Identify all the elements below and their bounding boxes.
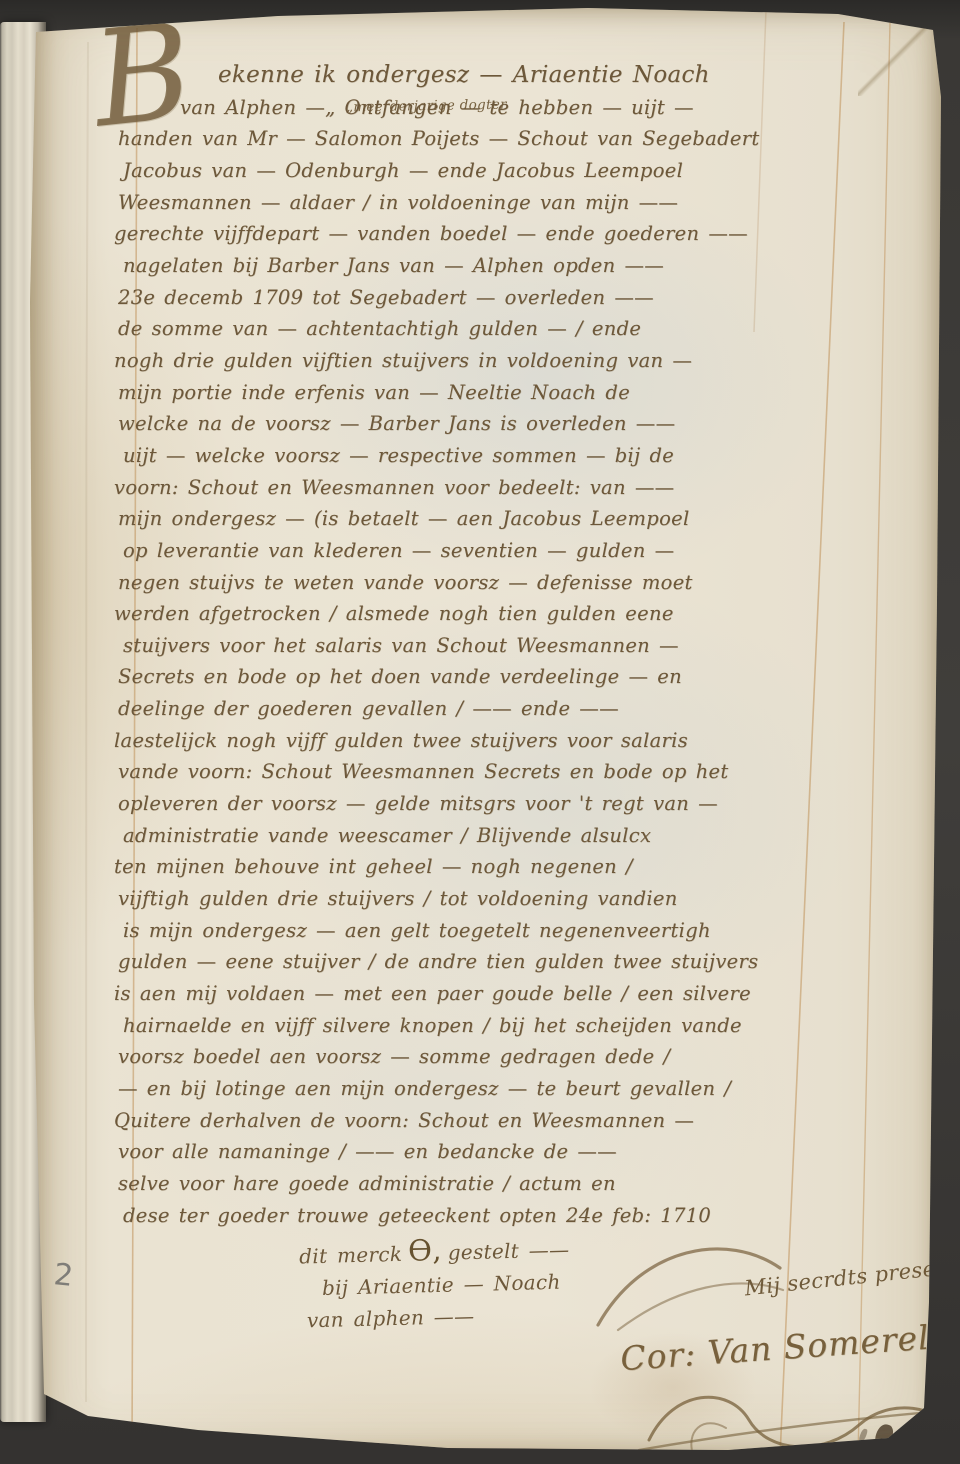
manuscript-line: mijn portie inde erfenis van — Neeltie N… [118, 377, 854, 409]
manuscript-line: van Alphen —„ Ontfangen — te hebben — ui… [180, 92, 854, 124]
manuscript-line: ekenne ik ondergesz — Ariaentie Noach [218, 60, 854, 92]
manuscript-line: hairnaelde en vijff silvere knopen / bij… [123, 1010, 854, 1042]
manuscript-line: vijftigh gulden drie stuijvers / tot vol… [118, 883, 854, 915]
manuscript-line: handen van Mr — Salomon Poijets — Schout… [118, 123, 854, 155]
secretary-signature: Cor: Van Somerelt [619, 1317, 945, 1379]
manuscript-line: is aen mij voldaen — met een paer goude … [114, 978, 854, 1010]
manuscript-line: Weesmannen — aldaer / in voldoeninge van… [118, 187, 854, 219]
mark-intro: dit merck [299, 1242, 403, 1269]
manuscript-line: ten mijnen behouve int geheel — nogh neg… [114, 851, 854, 883]
ink-blot [873, 1422, 896, 1450]
manuscript-line: Quitere derhalven de voorn: Schout en We… [114, 1105, 854, 1137]
manuscript-page: B „meerderjarige dogter ekenne ik onderg… [28, 2, 944, 1462]
manuscript-line: nogh drie gulden vijftien stuijvers in v… [114, 345, 854, 377]
manuscript-line: dese ter goeder trouwe geteeckent opten … [123, 1200, 854, 1232]
corner-fold-crease [858, 24, 930, 96]
page-number: 2 [52, 1257, 75, 1294]
manuscript-line: administratie vande weescamer / Blijvend… [123, 820, 854, 852]
manuscript-line: Secrets en bode op het doen vande verdee… [118, 661, 854, 693]
manuscript-line: de somme van — achtentachtigh gulden — /… [118, 313, 854, 345]
manuscript-line: opleveren der voorsz — gelde mitsgrs voo… [118, 788, 854, 820]
manuscript-line: voorsz boedel aen voorsz — somme gedrage… [118, 1041, 854, 1073]
manuscript-line: mijn ondergesz — (is betaelt — aen Jacob… [118, 503, 854, 535]
mark-place-line: van alphen —— [307, 1297, 572, 1336]
manuscript-line: uijt — welcke voorsz — respective sommen… [123, 440, 854, 472]
manuscript-line: — en bij lotinge aen mijn ondergesz — te… [118, 1073, 854, 1105]
manuscript-line: voorn: Schout en Weesmannen voor bedeelt… [114, 472, 854, 504]
manuscript-line: gulden — eene stuijver / de andre tien g… [118, 946, 854, 978]
manuscript-line: vande voorn: Schout Weesmannen Secrets e… [118, 756, 854, 788]
mark-block: dit merckϴ,gestelt —— bij Ariaentie — No… [299, 1230, 572, 1336]
signature-paraph [634, 1370, 960, 1464]
manuscript-line: welcke na de voorsz — Barber Jans is ove… [118, 408, 854, 440]
secretary-attestation: Mij secrdts presert — [743, 1252, 960, 1301]
mark-suffix: gestelt —— [447, 1237, 569, 1264]
manuscript-line: stuijvers voor het salaris van Schout We… [123, 630, 854, 662]
manuscript-line: laestelijck nogh vijff gulden twee stuij… [114, 725, 854, 757]
manuscript-line: Jacobus van — Odenburgh — ende Jacobus L… [123, 155, 854, 187]
manuscript-line: 23e decemb 1709 tot Segebadert — overled… [118, 282, 854, 314]
manuscript-line: selve voor hare goede administratie / ac… [118, 1168, 854, 1200]
manuscript-line: voor alle namaninge / —— en bedancke de … [118, 1136, 854, 1168]
manuscript-line: negen stuijvs te weten vande voorsz — de… [118, 567, 854, 599]
manuscript-line: op leverantie van klederen — seventien —… [123, 535, 854, 567]
manuscript-line: gerechte vijffdepart — vanden boedel — e… [114, 218, 854, 250]
manuscript-text: ekenne ik ondergesz — Ariaentie Noachvan… [118, 60, 854, 1231]
manuscript-line: werden afgetrocken / alsmede nogh tien g… [114, 598, 854, 630]
scan-backdrop: B „meerderjarige dogter ekenne ik onderg… [0, 0, 960, 1464]
manuscript-line: deelinge der goederen gevallen / —— ende… [118, 693, 854, 725]
mark-by-line: bij Ariaentie — Noach [322, 1265, 571, 1303]
manuscript-line: is mijn ondergesz — aen gelt toegetelt n… [123, 915, 854, 947]
manuscript-line: nagelaten bij Barber Jans van — Alphen o… [123, 250, 854, 282]
personal-mark-symbol: ϴ, [402, 1233, 448, 1268]
